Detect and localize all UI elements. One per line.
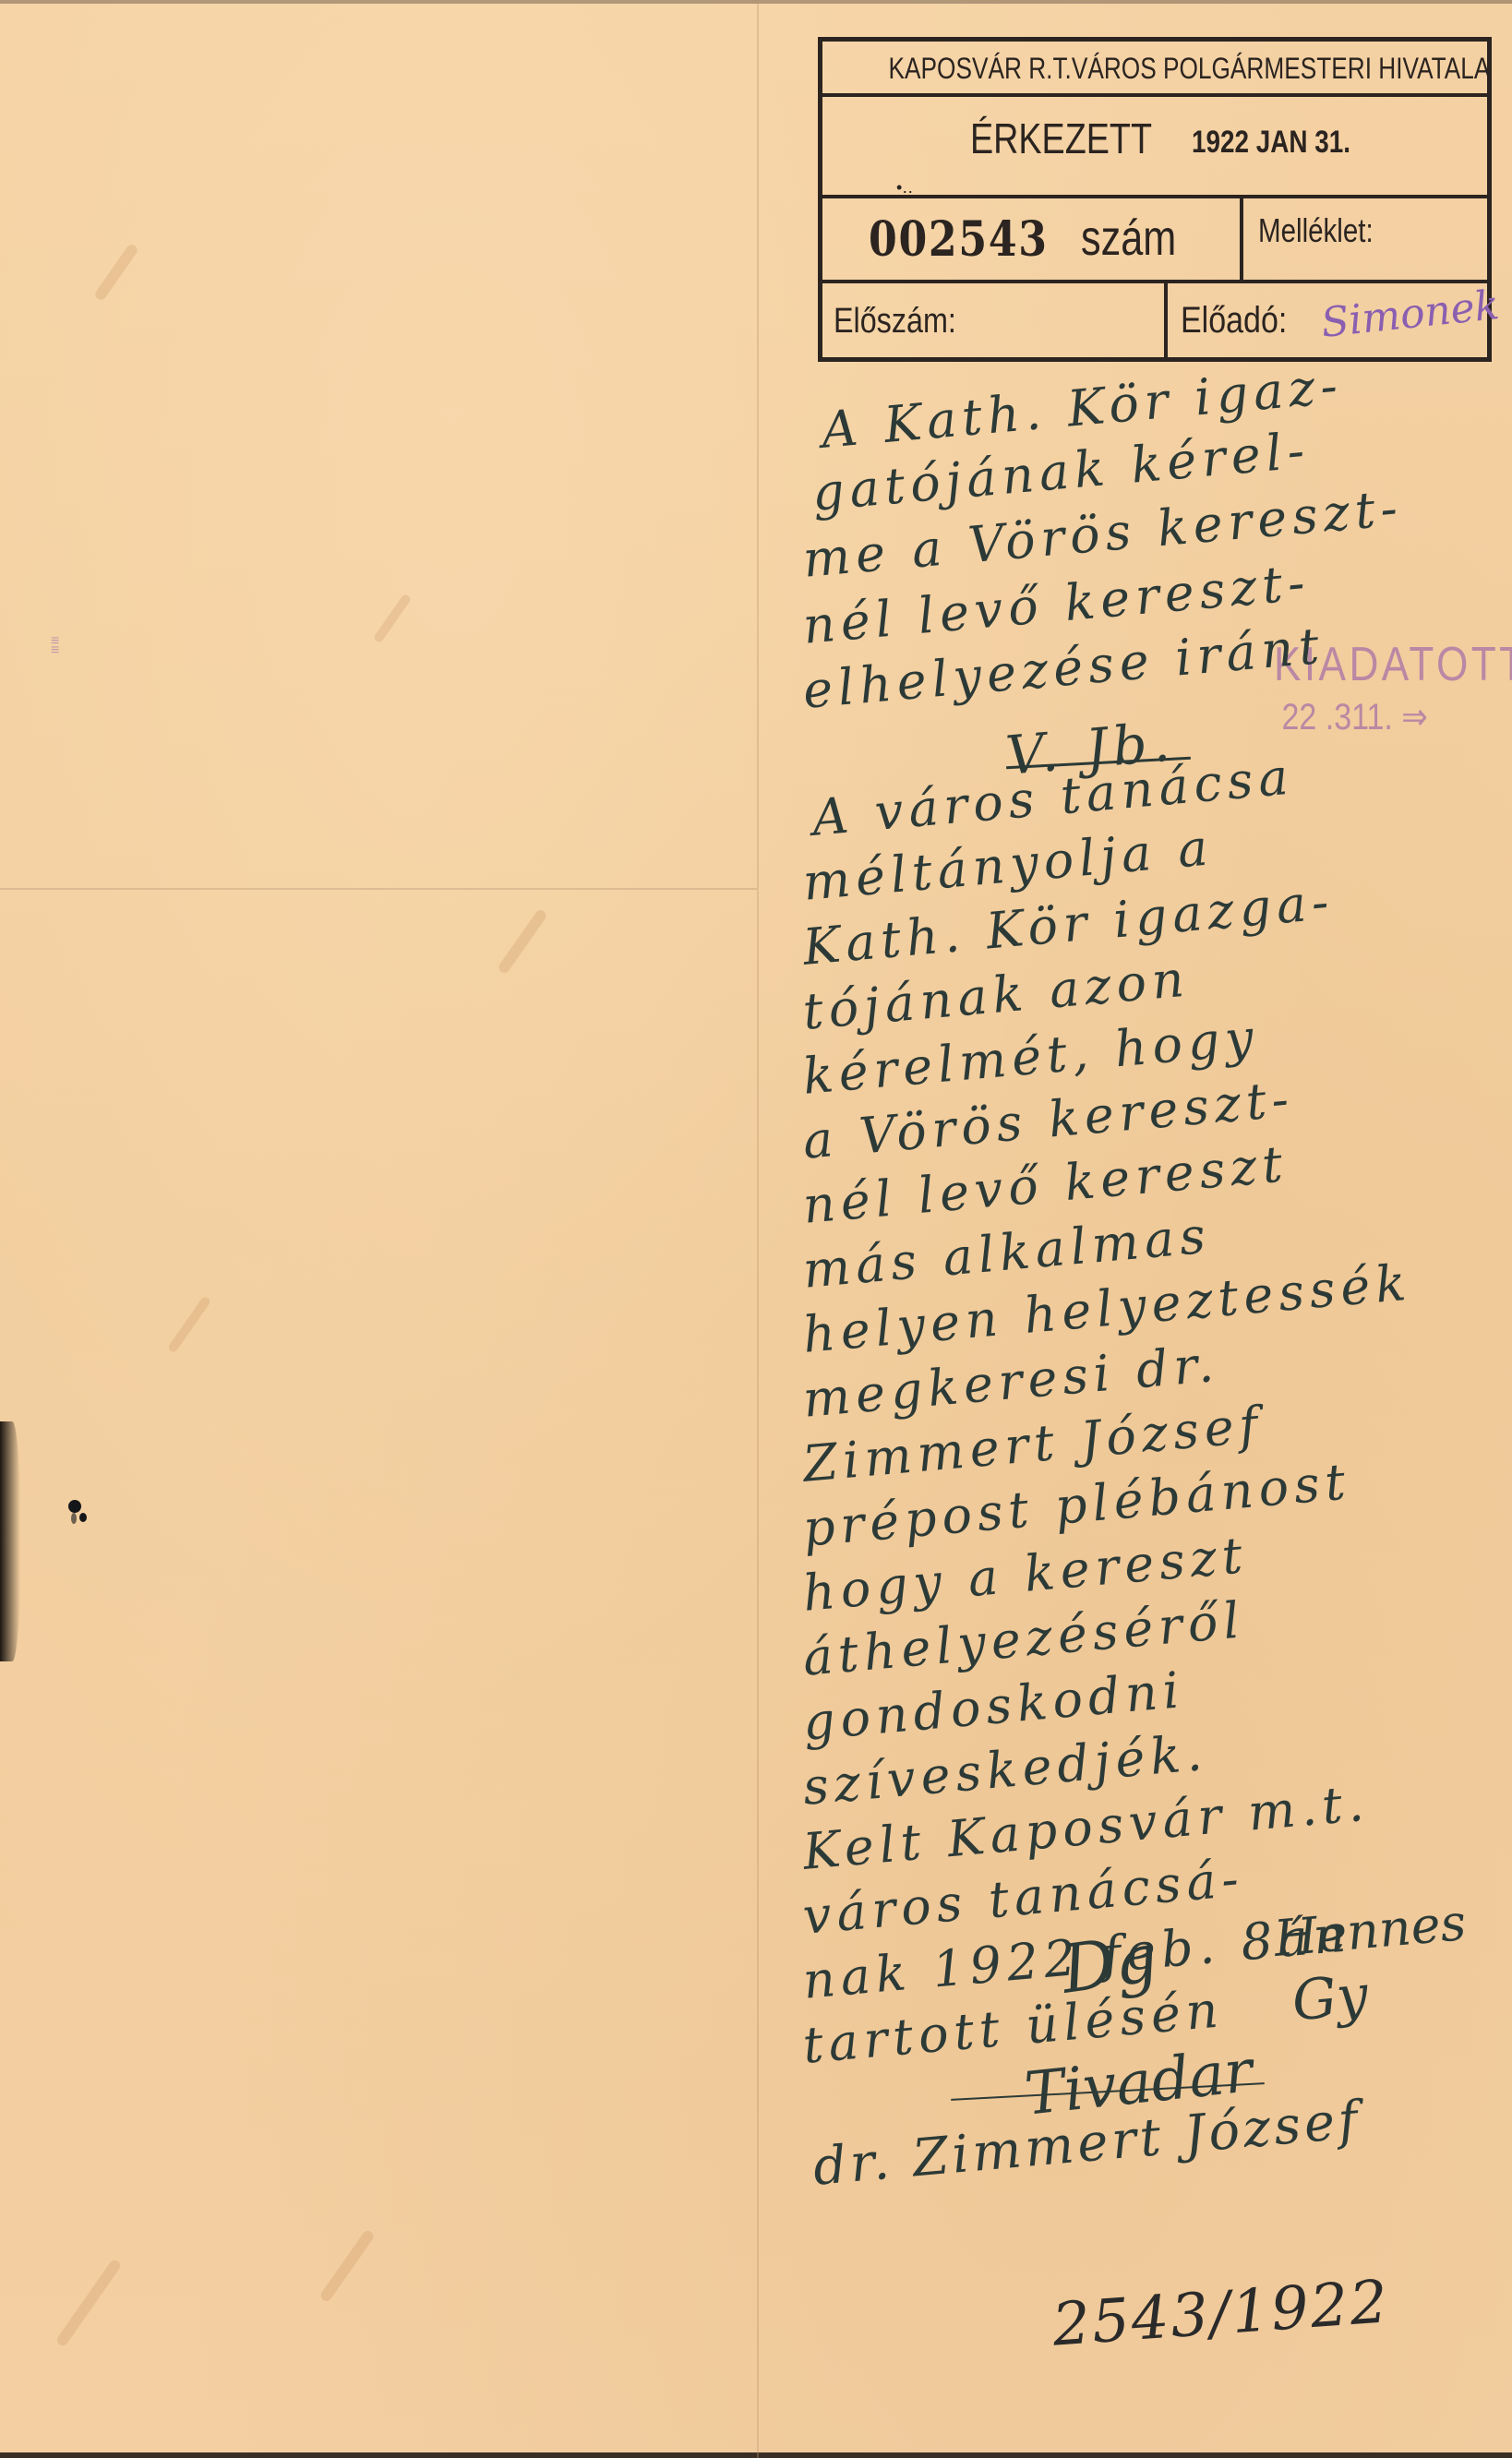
stamp-handler-label: Előadó: (1181, 300, 1287, 342)
horizontal-fold-line (0, 888, 757, 890)
approval-mark: Dg (1057, 1918, 1163, 2008)
page-bottom-edge (0, 2452, 1512, 2458)
stamp-prior-number-label: Előszám: (834, 302, 956, 342)
page-torn-edge (0, 1421, 20, 1661)
signature-2: Gy (1290, 1963, 1371, 2034)
stamp-attachment-label: Melléklet: (1258, 211, 1374, 250)
stamp-received-date: 1922 JAN 31. (1192, 125, 1350, 161)
stamp-received-label: ÉRKEZETT (970, 114, 1152, 163)
stamp-divider (1164, 283, 1168, 359)
stamp-number: 002543 (869, 211, 1049, 268)
stamp-number-label: szám (1081, 210, 1176, 267)
faint-purple-mark: ≡≡ (51, 637, 59, 655)
stamp-handler-signature: Simonek (1319, 282, 1502, 347)
registration-stamp: KAPOSVÁR R.T.VÁROS POLGÁRMESTERI HIVATAL… (818, 37, 1492, 362)
issued-date: 22 .311. ⇒ (1282, 696, 1512, 738)
ink-blot (68, 1500, 89, 1526)
stamp-divider (1240, 198, 1243, 280)
page-top-edge (0, 0, 1512, 4)
stamp-dots: •‥ (896, 178, 913, 198)
vertical-fold-line (757, 0, 759, 2458)
stamp-office: KAPOSVÁR R.T.VÁROS POLGÁRMESTERI HIVATAL… (889, 42, 1491, 95)
